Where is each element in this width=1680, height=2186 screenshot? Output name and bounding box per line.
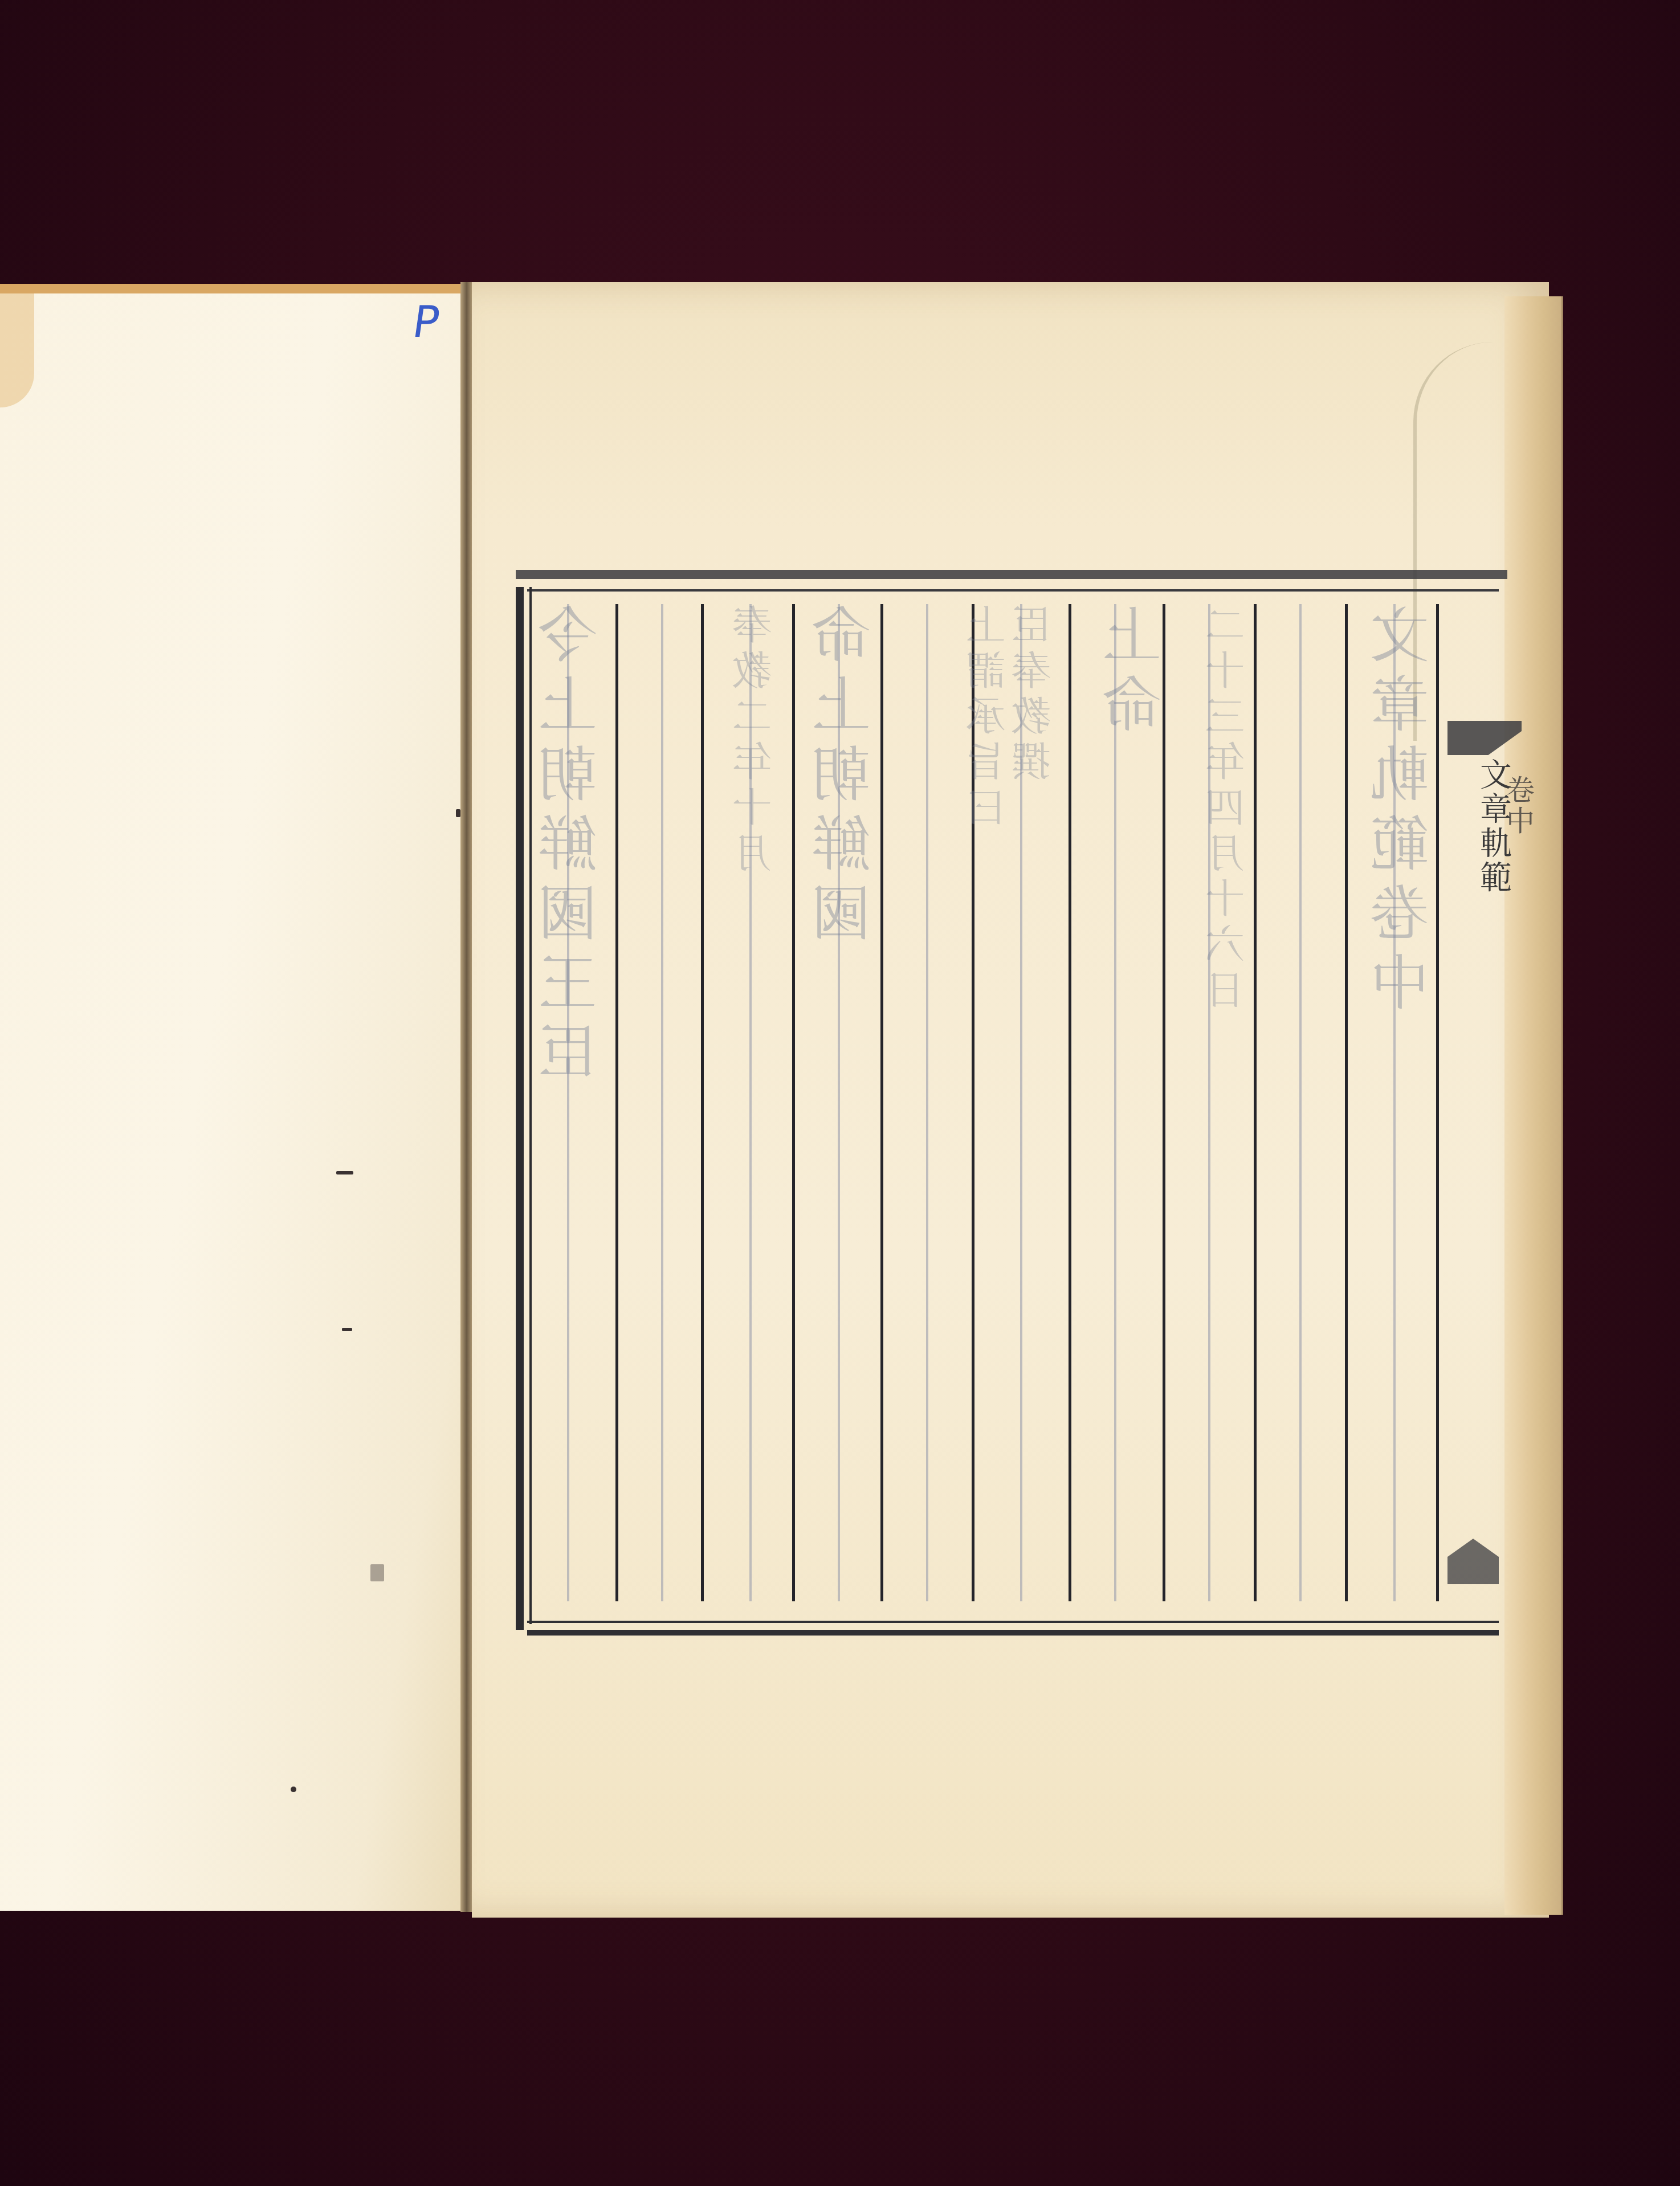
ghost-text-column: 二十三年四月十六日 bbox=[1194, 604, 1262, 1014]
frame-left-inner-rule bbox=[529, 587, 532, 1624]
column-rule bbox=[792, 604, 795, 1601]
column-rule bbox=[701, 604, 704, 1601]
column-rule bbox=[615, 604, 618, 1601]
ghost-text-column: 命上朝鮮國 bbox=[812, 604, 880, 952]
ghost-text-column: 文章軌範卷中 bbox=[1371, 604, 1439, 1021]
frame-top-rule bbox=[516, 570, 1507, 579]
ghost-text-column: 令上朝鮮國王臣 bbox=[539, 604, 607, 1091]
column-rule bbox=[1069, 604, 1071, 1601]
ghost-column-rule bbox=[661, 604, 663, 1601]
ghost-column-rule bbox=[1114, 604, 1116, 1601]
left-flyleaf bbox=[0, 293, 464, 1911]
fold-edge-subtitle: 卷中 bbox=[1510, 775, 1539, 837]
printed-frame: 文章軌範卷中 二十三年四月十六日 上命 臣奉教撰 上謂承旨曰 命上朝鮮國 奉教二… bbox=[516, 570, 1507, 1636]
paper-speck bbox=[456, 809, 460, 817]
frame-left-rule bbox=[516, 587, 524, 1630]
ghost-text-column: 上命 bbox=[1103, 604, 1171, 743]
frame-top-inner-rule bbox=[527, 589, 1499, 592]
column-rule bbox=[1345, 604, 1348, 1601]
column-rule bbox=[1163, 604, 1165, 1601]
paper-speck bbox=[370, 1564, 384, 1581]
paper-stain bbox=[0, 293, 34, 407]
paper-speck bbox=[336, 1171, 353, 1174]
paper-speck bbox=[291, 1787, 296, 1792]
ghost-text-column: 上謂承旨曰 bbox=[955, 604, 1023, 832]
ghost-text-column: 奉教二年十月 bbox=[721, 604, 789, 878]
frame-bottom-inner-rule bbox=[527, 1621, 1499, 1623]
frame-bottom-rule bbox=[527, 1630, 1499, 1636]
paper-speck bbox=[342, 1328, 352, 1331]
ghost-column-rule bbox=[1299, 604, 1302, 1601]
ghost-column-rule bbox=[926, 604, 928, 1601]
